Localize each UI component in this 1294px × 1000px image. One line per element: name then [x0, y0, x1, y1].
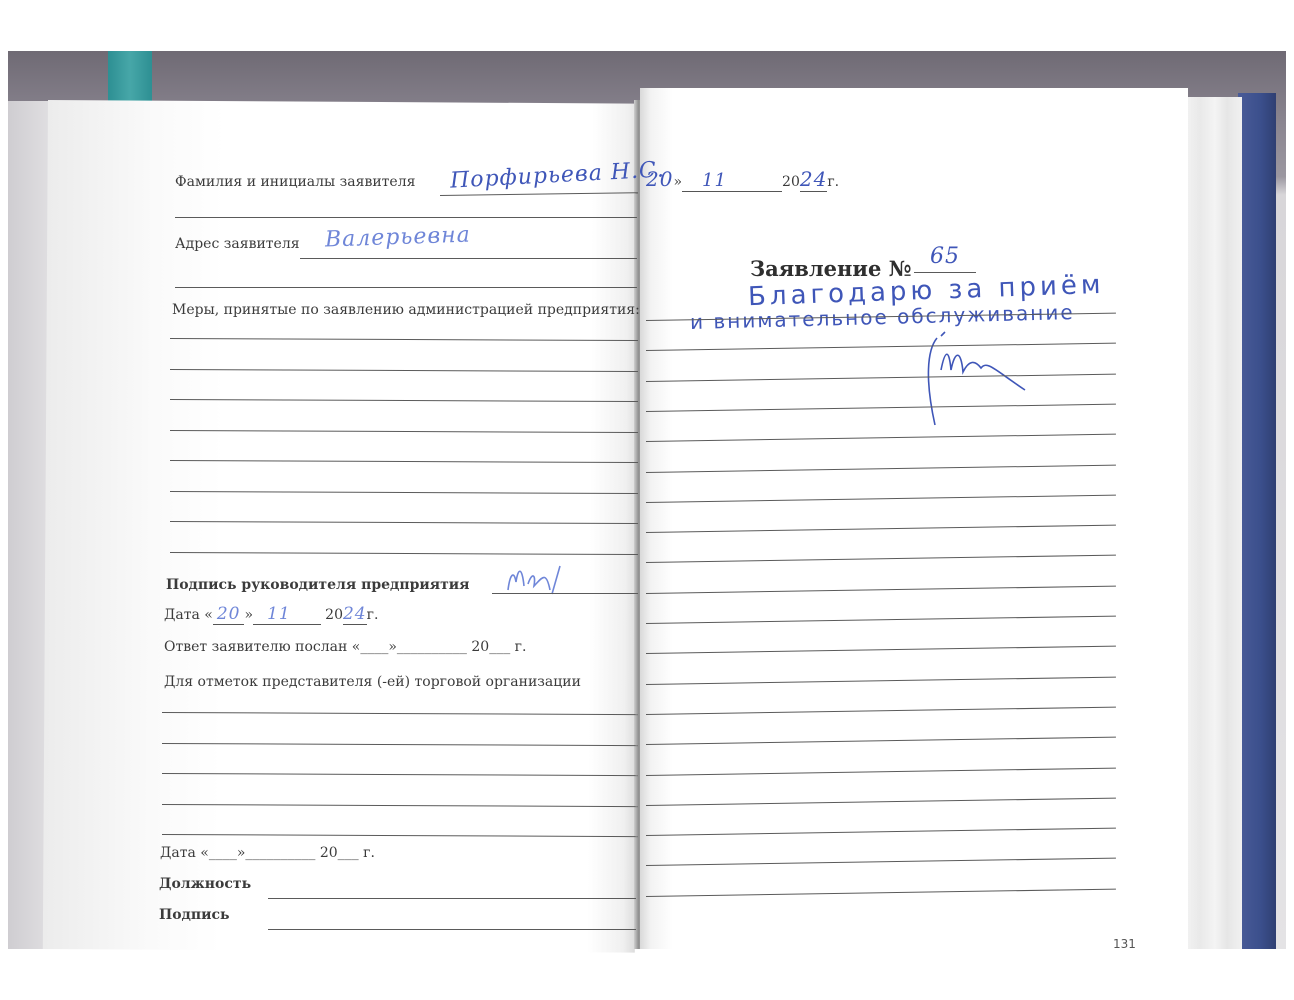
page-stack-edge	[1182, 97, 1242, 949]
signature-line[interactable]	[268, 929, 636, 930]
application-number-line	[914, 272, 976, 273]
applicant-address-label: Адрес заявителя	[175, 236, 300, 252]
measures-label: Меры, принятые по заявлению администраци…	[172, 302, 640, 318]
date-suffix: г.	[367, 607, 379, 623]
reps-notes-label: Для отметок представителя (-ей) торговой…	[164, 674, 581, 690]
position-label: Должность	[159, 876, 251, 892]
date-year-prefix: 20	[325, 607, 343, 623]
manager-signature-label: Подпись руководителя предприятия	[166, 577, 470, 593]
header-date-year-prefix: 20	[782, 174, 800, 190]
header-date-suffix: г.	[827, 174, 839, 190]
applicant-address-line	[300, 258, 637, 259]
book-cover-right	[1238, 93, 1276, 949]
manager-signature-line	[492, 593, 638, 594]
header-date-month[interactable]: 11	[682, 170, 782, 192]
applicant-address-value[interactable]: Валерьевна	[325, 222, 472, 252]
bottom-date-label: Дата «____»__________ 20___ г.	[160, 845, 375, 861]
header-date-row: 20»112024г.	[646, 167, 839, 192]
page-number: 131	[1113, 937, 1136, 951]
date-year-suffix[interactable]: 24	[343, 604, 367, 625]
header-date-year-suffix[interactable]: 24	[800, 167, 827, 192]
date-month[interactable]: 11	[253, 604, 321, 625]
ruled-line	[175, 217, 637, 218]
reply-sent-label: Ответ заявителю послан «____»__________ …	[164, 639, 526, 655]
right-page	[640, 88, 1188, 949]
header-date-day[interactable]: 20	[646, 167, 673, 191]
applicant-name-label: Фамилия и инициалы заявителя	[175, 174, 415, 190]
position-line[interactable]	[268, 898, 636, 899]
signature-label: Подпись	[159, 907, 230, 923]
decision-date-row: Дата «20»11 2024г.	[164, 604, 378, 624]
date-day[interactable]: 20	[213, 604, 245, 625]
application-number[interactable]: 65	[930, 244, 960, 269]
ruled-line	[175, 287, 637, 288]
date-label: Дата	[164, 607, 200, 623]
